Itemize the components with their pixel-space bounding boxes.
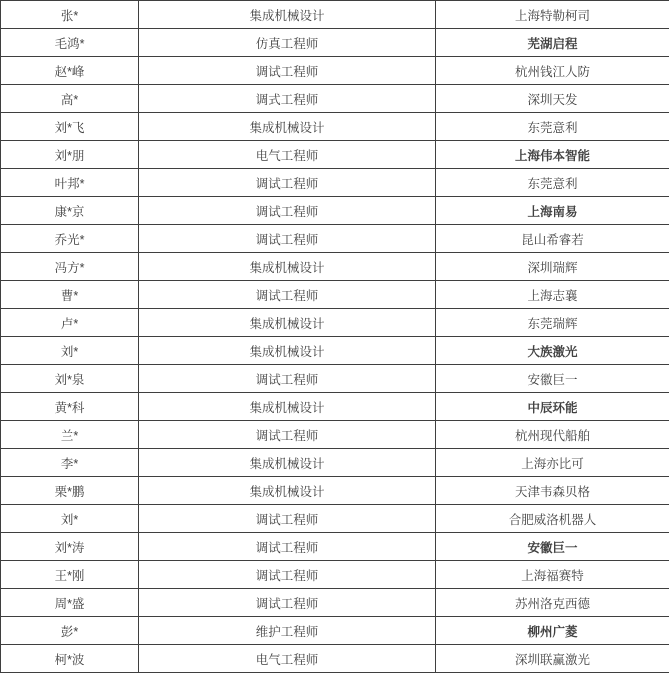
table-row: 卢*集成机械设计东莞瑞辉: [1, 309, 669, 337]
job-title-cell: 调试工程师: [139, 225, 436, 253]
table-row: 刘*集成机械设计大族激光: [1, 337, 669, 365]
job-title-cell: 调试工程师: [139, 197, 436, 225]
roster-table-body: 张*集成机械设计上海特勒柯司毛鸿*仿真工程师芜湖启程赵*峰调试工程师杭州钱江人防…: [1, 1, 669, 673]
name-cell: 康*京: [1, 197, 139, 225]
name-cell: 刘*涛: [1, 533, 139, 561]
table-row: 冯方*集成机械设计深圳瑞辉: [1, 253, 669, 281]
table-row: 李*集成机械设计上海亦比可: [1, 449, 669, 477]
job-title-cell: 集成机械设计: [139, 309, 436, 337]
name-cell: 曹*: [1, 281, 139, 309]
table-row: 刘*涛调试工程师安徽巨一: [1, 533, 669, 561]
table-row: 毛鸿*仿真工程师芜湖启程: [1, 29, 669, 57]
job-title-cell: 集成机械设计: [139, 113, 436, 141]
table-row: 康*京调试工程师上海南易: [1, 197, 669, 225]
company-cell: 东莞瑞辉: [436, 309, 669, 337]
table-row: 刘*泉调试工程师安徽巨一: [1, 365, 669, 393]
company-cell: 杭州现代船舶: [436, 421, 669, 449]
job-title-cell: 电气工程师: [139, 645, 436, 673]
company-link[interactable]: 上海南易: [436, 197, 669, 225]
name-cell: 刘*朋: [1, 141, 139, 169]
name-cell: 刘*: [1, 505, 139, 533]
table-row: 彭*维护工程师柳州广菱: [1, 617, 669, 645]
table-row: 兰*调试工程师杭州现代船舶: [1, 421, 669, 449]
job-title-cell: 调试工程师: [139, 365, 436, 393]
job-title-cell: 调试工程师: [139, 281, 436, 309]
company-link[interactable]: 柳州广菱: [436, 617, 669, 645]
company-cell: 上海福赛特: [436, 561, 669, 589]
company-cell: 苏州洛克西德: [436, 589, 669, 617]
name-cell: 刘*泉: [1, 365, 139, 393]
company-cell: 上海志襄: [436, 281, 669, 309]
job-title-cell: 调试工程师: [139, 169, 436, 197]
table-row: 叶邦*调试工程师东莞意利: [1, 169, 669, 197]
name-cell: 栗*鹏: [1, 477, 139, 505]
company-link[interactable]: 上海伟本智能: [436, 141, 669, 169]
company-link[interactable]: 安徽巨一: [436, 533, 669, 561]
table-row: 乔光*调试工程师昆山希睿若: [1, 225, 669, 253]
employee-roster-table: 张*集成机械设计上海特勒柯司毛鸿*仿真工程师芜湖启程赵*峰调试工程师杭州钱江人防…: [0, 0, 669, 673]
job-title-cell: 集成机械设计: [139, 1, 436, 29]
table-row: 赵*峰调试工程师杭州钱江人防: [1, 57, 669, 85]
name-cell: 柯*波: [1, 645, 139, 673]
company-cell: 芜湖启程: [436, 29, 669, 57]
table-row: 曹*调试工程师上海志襄: [1, 281, 669, 309]
table-row: 高*调式工程师深圳天发: [1, 85, 669, 113]
job-title-cell: 集成机械设计: [139, 449, 436, 477]
table-row: 黄*科集成机械设计中辰环能: [1, 393, 669, 421]
table-row: 刘*调试工程师合肥威洛机器人: [1, 505, 669, 533]
company-cell: 深圳联赢激光: [436, 645, 669, 673]
name-cell: 张*: [1, 1, 139, 29]
job-title-cell: 调试工程师: [139, 57, 436, 85]
job-title-cell: 集成机械设计: [139, 253, 436, 281]
company-cell: 上海亦比可: [436, 449, 669, 477]
company-link[interactable]: 中辰环能: [436, 393, 669, 421]
company-cell: 安徽巨一: [436, 365, 669, 393]
job-title-cell: 电气工程师: [139, 141, 436, 169]
job-title-cell: 集成机械设计: [139, 337, 436, 365]
name-cell: 毛鸿*: [1, 29, 139, 57]
name-cell: 乔光*: [1, 225, 139, 253]
job-title-cell: 集成机械设计: [139, 393, 436, 421]
table-row: 王*刚调试工程师上海福赛特: [1, 561, 669, 589]
job-title-cell: 调试工程师: [139, 505, 436, 533]
company-cell: 深圳瑞辉: [436, 253, 669, 281]
job-title-cell: 调试工程师: [139, 589, 436, 617]
job-title-cell: 调试工程师: [139, 561, 436, 589]
name-cell: 赵*峰: [1, 57, 139, 85]
job-title-cell: 调试工程师: [139, 533, 436, 561]
job-title-cell: 调试工程师: [139, 421, 436, 449]
table-row: 张*集成机械设计上海特勒柯司: [1, 1, 669, 29]
name-cell: 刘*: [1, 337, 139, 365]
name-cell: 卢*: [1, 309, 139, 337]
table-row: 周*盛调试工程师苏州洛克西德: [1, 589, 669, 617]
name-cell: 王*刚: [1, 561, 139, 589]
name-cell: 彭*: [1, 617, 139, 645]
company-link[interactable]: 大族激光: [436, 337, 669, 365]
name-cell: 冯方*: [1, 253, 139, 281]
company-cell: 深圳天发: [436, 85, 669, 113]
name-cell: 刘*飞: [1, 113, 139, 141]
job-title-cell: 维护工程师: [139, 617, 436, 645]
company-cell: 东莞意利: [436, 113, 669, 141]
company-cell: 上海特勒柯司: [436, 1, 669, 29]
name-cell: 叶邦*: [1, 169, 139, 197]
name-cell: 周*盛: [1, 589, 139, 617]
table-row: 刘*朋电气工程师上海伟本智能: [1, 141, 669, 169]
job-title-cell: 集成机械设计: [139, 477, 436, 505]
roster-table-container: 张*集成机械设计上海特勒柯司毛鸿*仿真工程师芜湖启程赵*峰调试工程师杭州钱江人防…: [0, 0, 669, 673]
company-cell: 天津韦森贝格: [436, 477, 669, 505]
job-title-cell: 仿真工程师: [139, 29, 436, 57]
name-cell: 李*: [1, 449, 139, 477]
name-cell: 黄*科: [1, 393, 139, 421]
table-row: 刘*飞集成机械设计东莞意利: [1, 113, 669, 141]
company-cell: 东莞意利: [436, 169, 669, 197]
name-cell: 高*: [1, 85, 139, 113]
name-cell: 兰*: [1, 421, 139, 449]
company-cell: 昆山希睿若: [436, 225, 669, 253]
job-title-cell: 调式工程师: [139, 85, 436, 113]
table-row: 柯*波电气工程师深圳联赢激光: [1, 645, 669, 673]
table-row: 栗*鹏集成机械设计天津韦森贝格: [1, 477, 669, 505]
company-cell: 合肥威洛机器人: [436, 505, 669, 533]
company-cell: 杭州钱江人防: [436, 57, 669, 85]
